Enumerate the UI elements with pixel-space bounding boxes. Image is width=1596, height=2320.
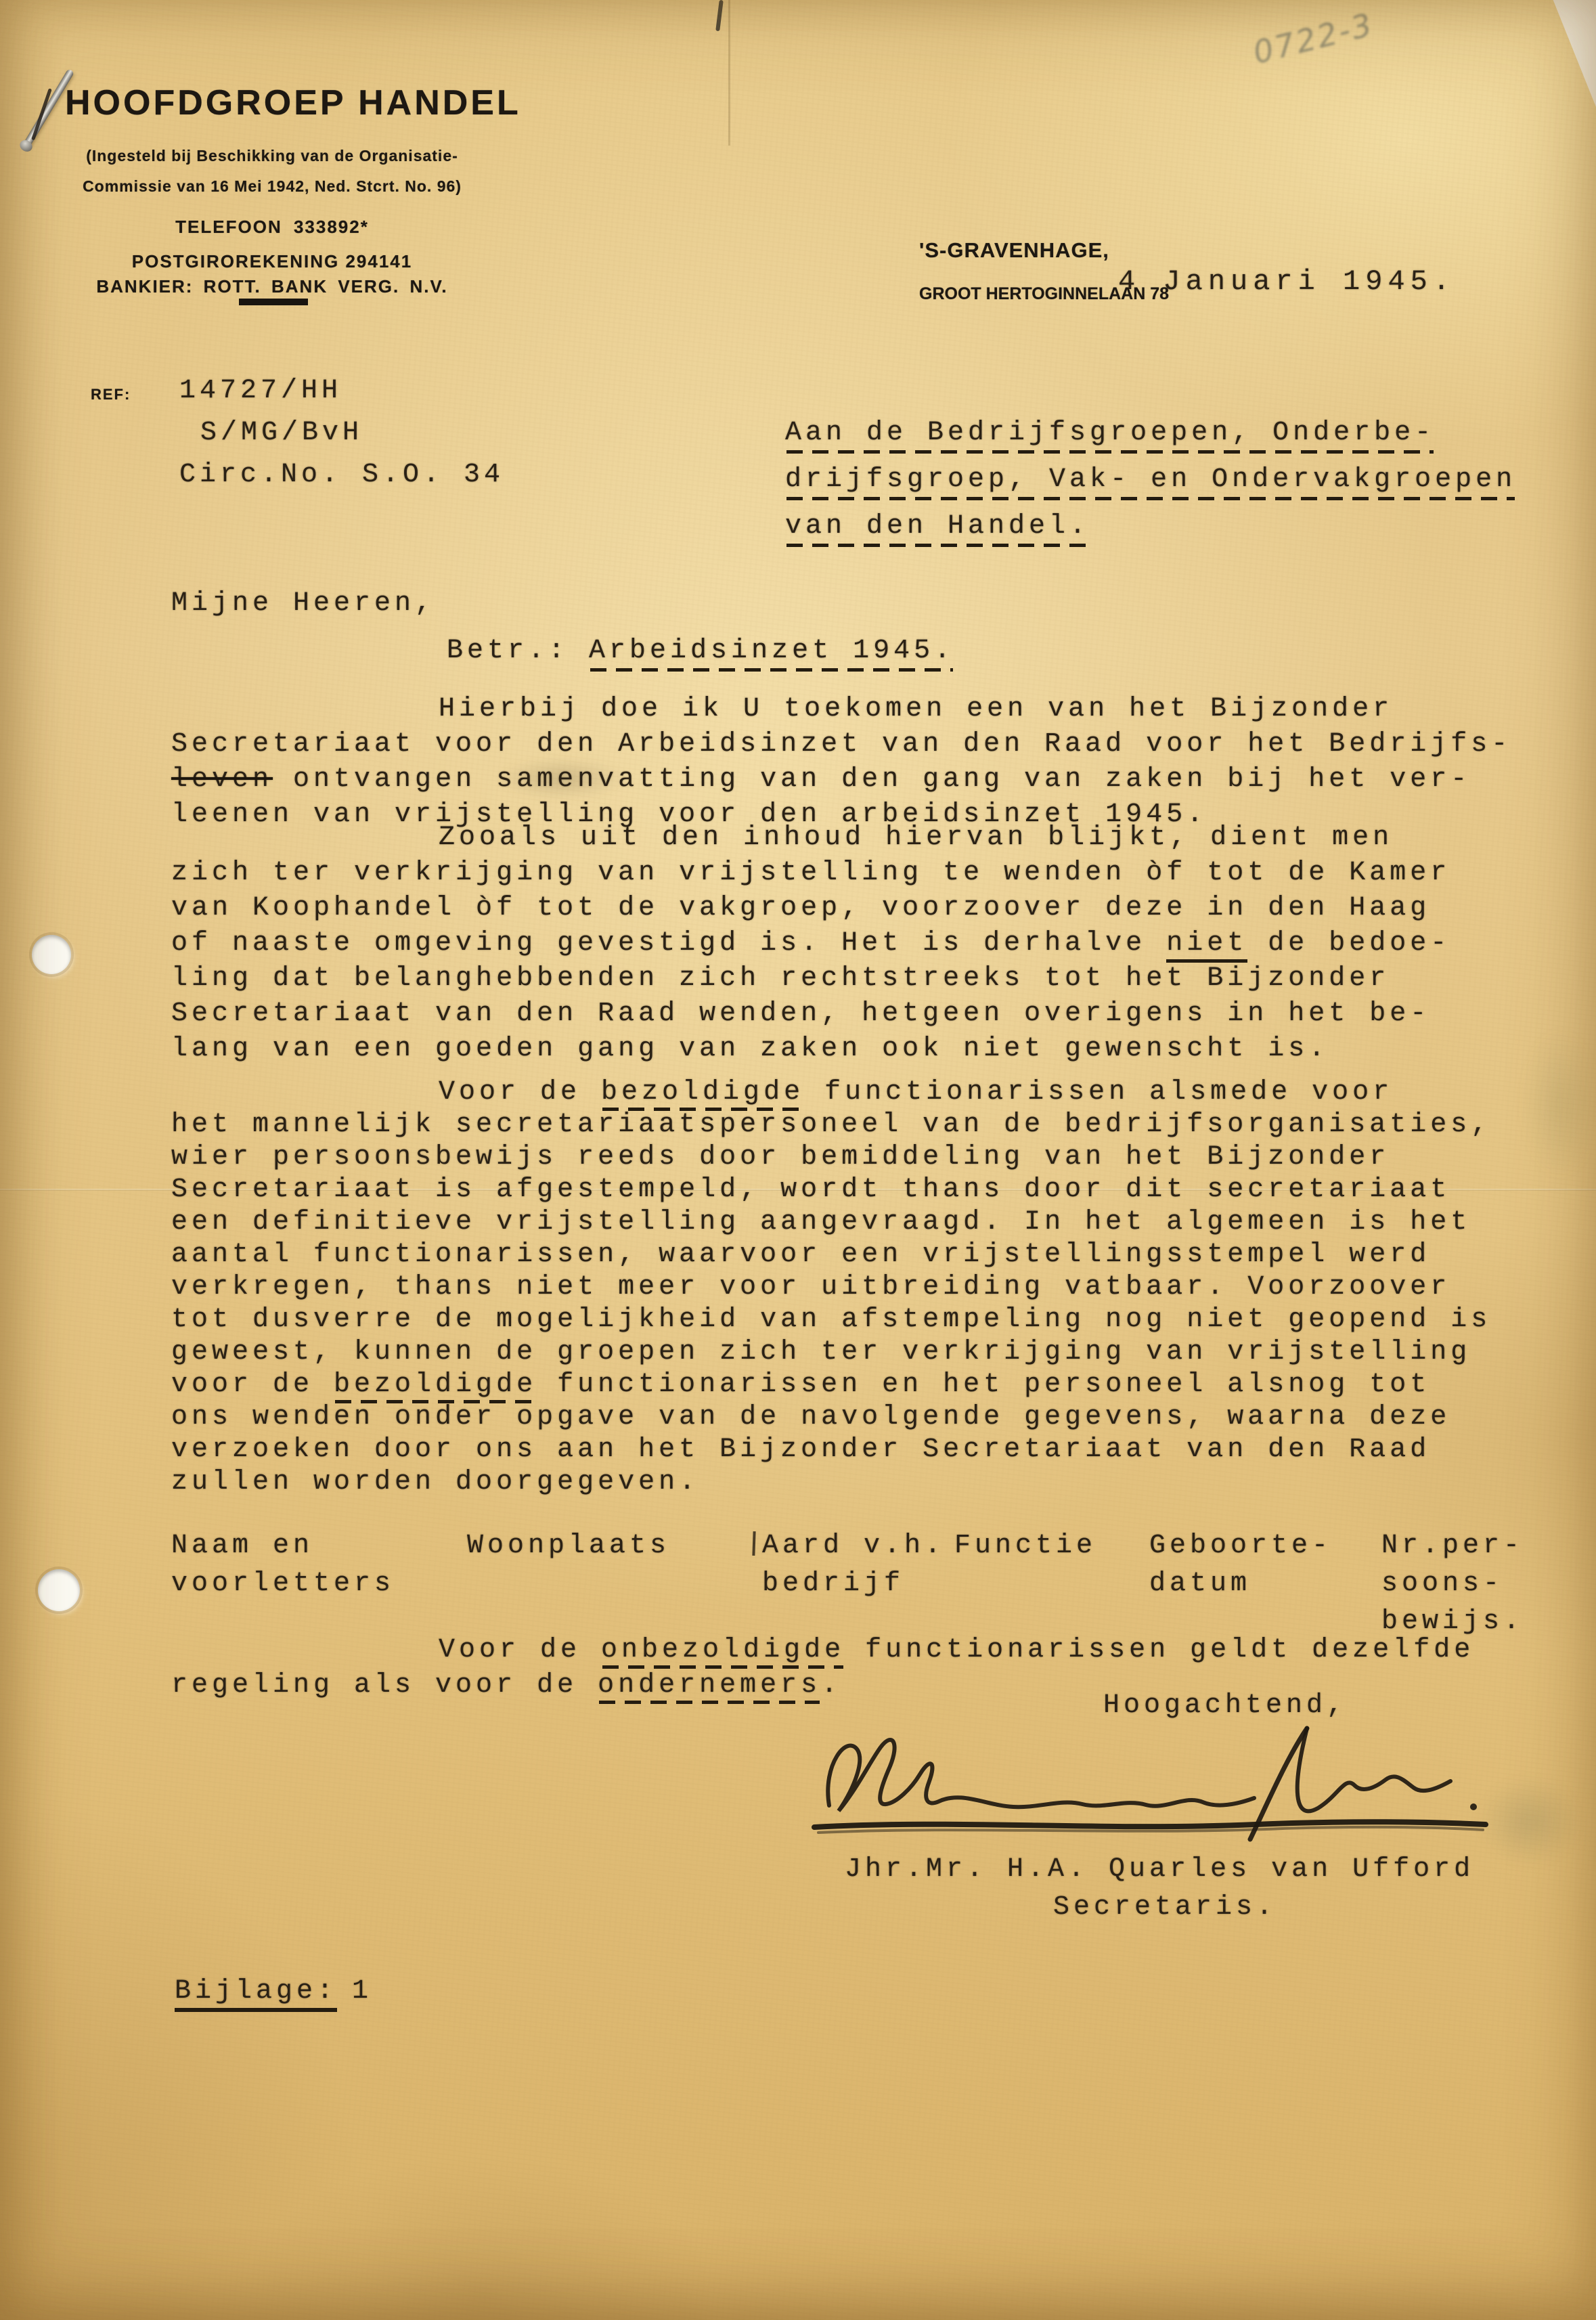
letterhead-subtitle-line2: Commissie van 16 Mei 1942, Ned. Stcrt. N… — [65, 171, 479, 202]
pencil-annotation: 0722-3 — [1249, 6, 1377, 71]
column-header-birthdate: Geboorte- datum — [1149, 1527, 1332, 1603]
ink-smudge — [1479, 1777, 1580, 1865]
column-header-id-number: Nr.per- soons- bewijs. — [1381, 1527, 1524, 1641]
handwritten-signature — [809, 1723, 1492, 1843]
addressee-block: Aan de Bedrijfsgroepen, Onderbe- drijfsg… — [785, 416, 1516, 544]
enclosure-label: Bijlage: — [175, 1976, 337, 2012]
addressee-line: van den Handel. — [785, 509, 1516, 544]
text-segment: bezoldigde — [334, 1370, 537, 1403]
salutation: Mijne Heeren, — [171, 586, 435, 621]
text-segment: leven — [171, 764, 273, 795]
text-segment: niet — [1166, 928, 1247, 963]
org-name: HOOFDGROEP HANDEL — [65, 83, 479, 123]
text-segment: Voor de — [439, 1635, 601, 1665]
text-segment: Hierbij doe ik U toekomen een van het Bi… — [171, 694, 1511, 760]
subject-label: Betr.: — [447, 636, 589, 666]
letterhead-bank: BANKIER: ROTT. BANK VERG. N.V. — [65, 276, 479, 297]
text-segment: . — [821, 1670, 841, 1701]
typed-date: 4 Januari 1945. — [1118, 264, 1455, 299]
addressee-line: drijfsgroep, Vak- en Ondervakgroepen — [785, 462, 1516, 498]
pen-mark-top — [715, 0, 724, 31]
body-paragraph-3: Voor de bezoldigde functionarissen alsme… — [171, 1076, 1525, 1499]
letterhead-subtitle: (Ingesteld bij Beschikking van de Organi… — [65, 141, 479, 202]
valediction: Hoogachtend, — [1103, 1688, 1347, 1724]
body-paragraph-2: Zooals uit den inhoud hiervan blijkt, di… — [171, 820, 1525, 1067]
column-header-name: Naam en voorletters — [171, 1527, 395, 1603]
ref-initials: S/MG/BvH — [200, 416, 363, 451]
scan-corner-sliver — [1547, 0, 1596, 107]
letterhead-subtitle-line1: (Ingesteld bij Beschikking van de Organi… — [65, 141, 479, 171]
stain-smudge — [1523, 1029, 1596, 1178]
letterhead: HOOFDGROEP HANDEL (Ingesteld bij Beschik… — [65, 83, 479, 297]
text-segment: functionarissen alsmede voor het manneli… — [171, 1077, 1491, 1400]
ref-number: 14727/HH — [179, 374, 342, 409]
enclosure-count: 1 — [352, 1976, 372, 2007]
column-header-function: Functie — [954, 1527, 1096, 1565]
addressee-line: Aan de Bedrijfsgroepen, Onderbe- — [785, 416, 1516, 451]
letterhead-phone: TELEFOON 333892* — [65, 217, 479, 238]
letterhead-giro: POSTGIROREKENING 294141 — [65, 251, 479, 272]
column-header-business-type: Aard v.h. bedrijf — [762, 1527, 945, 1603]
ref-circular-number: Circ.No. S.O. 34 — [179, 458, 504, 493]
subject-line: Betr.: Arbeidsinzet 1945. — [447, 634, 954, 669]
punch-hole-top — [32, 935, 71, 974]
text-segment: Voor de — [439, 1077, 601, 1108]
ref-label: REF: — [91, 386, 131, 403]
stray-typed-mark — [752, 1531, 755, 1556]
letter-page: 0722-3 HOOFDGROEP HANDEL (Ingesteld bij … — [0, 0, 1596, 2320]
signer-name: Jhr.Mr. H.A. Quarles van Ufford — [845, 1852, 1474, 1887]
text-segment: bezoldigde — [601, 1077, 804, 1111]
paper-crease-vertical — [728, 0, 730, 146]
column-header-residence: Woonplaats — [467, 1527, 670, 1565]
subject-text: Arbeidsinzet 1945. — [589, 636, 954, 672]
body-paragraph-1: Hierbij doe ik U toekomen een van het Bi… — [171, 692, 1525, 833]
letterhead-divider-bar — [239, 299, 308, 305]
signer-title: Secretaris. — [1053, 1890, 1277, 1925]
punch-hole-bottom — [38, 1569, 80, 1611]
text-segment: ondernemers — [598, 1670, 821, 1704]
dateline-city: 'S-GRAVENHAGE, — [919, 238, 1109, 263]
enclosure-line: Bijlage:1 — [175, 1974, 372, 2009]
text-segment: onbezoldigde — [601, 1635, 845, 1669]
